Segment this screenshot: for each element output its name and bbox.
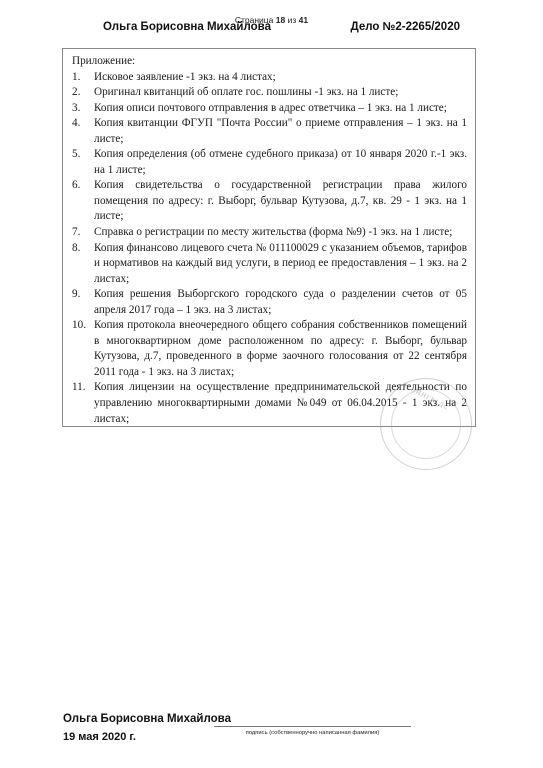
attachment-item-text: Копия определения (об отмене судебного п… <box>94 147 467 178</box>
attachment-item: 8.Копия финансово лицевого счета № 01110… <box>72 241 467 288</box>
attachment-item: 11.Копия лицензии на осуществление предп… <box>72 380 467 427</box>
signature-caption: подпись (собственноручно написанная фами… <box>214 730 411 736</box>
attachment-item-number: 9. <box>72 287 94 318</box>
signature-line <box>214 726 411 727</box>
attachment-item-number: 4. <box>72 116 94 147</box>
attachment-item: 1.Исковое заявление -1 экз. на 4 листах; <box>72 70 467 86</box>
attachment-item-number: 2. <box>72 85 94 101</box>
page-current: 18 <box>276 15 285 25</box>
signature-date: 19 мая 2020 г. <box>63 731 136 743</box>
attachment-item: 5.Копия определения (об отмене судебного… <box>72 147 467 178</box>
attachment-title: Приложение: <box>72 54 467 70</box>
attachment-item: 2.Оригинал квитанций об оплате гос. пошл… <box>72 85 467 101</box>
attachment-list: Приложение: 1.Исковое заявление -1 экз. … <box>72 54 467 427</box>
attachment-item: 7.Справка о регистрации по месту жительс… <box>72 225 467 241</box>
attachment-item-number: 10. <box>72 318 94 380</box>
header-case-number: Дело №2-2265/2020 <box>350 21 460 33</box>
attachment-item-number: 1. <box>72 70 94 86</box>
attachment-item: 3.Копия описи почтового отправления в ад… <box>72 101 467 117</box>
attachment-item-number: 8. <box>72 241 94 288</box>
page-of: из <box>288 15 297 25</box>
attachment-item: 10.Копия протокола внеочередного общего … <box>72 318 467 380</box>
attachment-item-text: Копия свидетельства о государственной ре… <box>94 178 467 225</box>
attachment-item-number: 3. <box>72 101 94 117</box>
attachment-item: 4.Копия квитанции ФГУП "Почта России" о … <box>72 116 467 147</box>
attachment-frame: Приложение: 1.Исковое заявление -1 экз. … <box>62 48 476 427</box>
attachment-item-text: Копия протокола внеочередного общего соб… <box>94 318 467 380</box>
attachment-item-number: 11. <box>72 380 94 427</box>
attachment-item: 9.Копия решения Выборгского городского с… <box>72 287 467 318</box>
attachment-item-number: 6. <box>72 178 94 225</box>
attachment-item: 6.Копия свидетельства о государственной … <box>72 178 467 225</box>
attachment-item-text: Исковое заявление -1 экз. на 4 листах; <box>94 70 467 86</box>
attachment-item-text: Копия лицензии на осуществление предприн… <box>94 380 467 427</box>
attachment-item-text: Справка о регистрации по месту жительств… <box>94 225 467 241</box>
page-total: 41 <box>299 15 308 25</box>
attachment-item-text: Оригинал квитанций об оплате гос. пошлин… <box>94 85 467 101</box>
attachment-item-text: Копия решения Выборгского городского суд… <box>94 287 467 318</box>
attachment-item-number: 5. <box>72 147 94 178</box>
page-counter: Страница 18 из 41 <box>0 15 543 25</box>
attachment-item-number: 7. <box>72 225 94 241</box>
signer-name: Ольга Борисовна Михайлова <box>63 713 231 725</box>
attachment-item-text: Копия финансово лицевого счета № 0111000… <box>94 241 467 288</box>
attachment-item-text: Копия описи почтового отправления в адре… <box>94 101 467 117</box>
header-author-name: Ольга Борисовна Михайлова <box>103 21 271 33</box>
attachment-item-text: Копия квитанции ФГУП "Почта России" о пр… <box>94 116 467 147</box>
